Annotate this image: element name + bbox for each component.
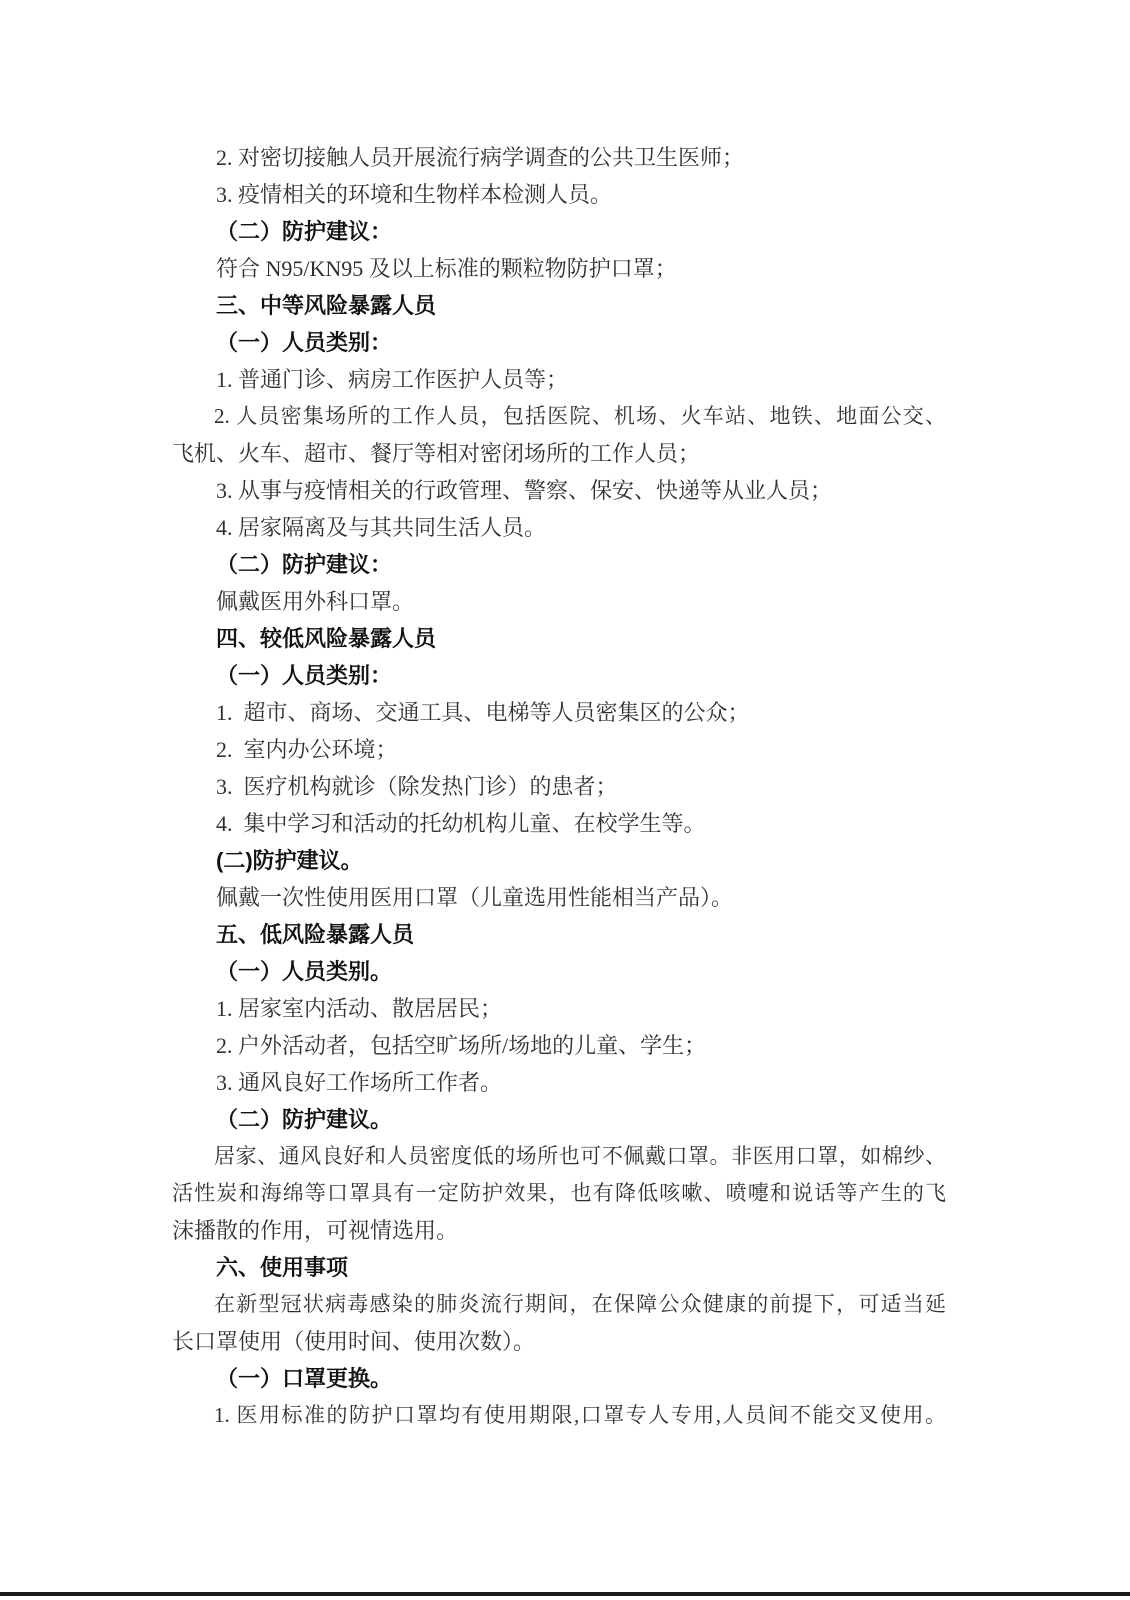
text-block: 2. 对密切接触人员开展流行病学调查的公共卫生医师；3. 疫情相关的环境和生物样… [172,139,946,1434]
text-line: 2. 对密切接触人员开展流行病学调查的公共卫生医师； [172,139,946,176]
heading-line: （一）人员类别： [172,324,946,361]
text-line: 3. 从事与疫情相关的行政管理、警察、保安、快递等从业人员； [172,472,946,509]
heading-line: 五、低风险暴露人员 [172,916,946,953]
text-line: 4. 集中学习和活动的托幼机构儿童、在校学生等。 [172,805,946,842]
heading-line: 四、较低风险暴露人员 [172,620,946,657]
text-line: 沫播散的作用，可视情选用。 [172,1212,946,1249]
text-line: 佩戴医用外科口罩。 [172,583,946,620]
text-line: 2. 人员密集场所的工作人员，包括医院、机场、火车站、地铁、地面公交、 [172,398,946,435]
text-line: 1. 普通门诊、病房工作医护人员等； [172,361,946,398]
heading-line: （一）人员类别： [172,657,946,694]
text-line: 1. 居家室内活动、散居居民； [172,990,946,1027]
page-bottom-edge [0,1592,1130,1596]
text-line: 长口罩使用（使用时间、使用次数）。 [172,1323,946,1360]
text-line: 4. 居家隔离及与其共同生活人员。 [172,509,946,546]
text-line: 3. 通风良好工作场所工作者。 [172,1064,946,1101]
heading-line: （二）防护建议： [172,213,946,250]
heading-line: （二）防护建议。 [172,1101,946,1138]
heading-line: 三、中等风险暴露人员 [172,287,946,324]
text-line: 在新型冠状病毒感染的肺炎流行期间，在保障公众健康的前提下，可适当延 [172,1286,946,1323]
text-line: 居家、通风良好和人员密度低的场所也可不佩戴口罩。非医用口罩，如棉纱、 [172,1138,946,1175]
heading-line: (二)防护建议。 [172,842,946,879]
heading-line: （二）防护建议： [172,546,946,583]
text-line: 3. 疫情相关的环境和生物样本检测人员。 [172,176,946,213]
text-line: 1. 医用标准的防护口罩均有使用期限,口罩专人专用,人员间不能交叉使用。 [172,1397,946,1434]
heading-line: 六、使用事项 [172,1249,946,1286]
heading-line: （一）口罩更换。 [172,1360,946,1397]
text-line: 佩戴一次性使用医用口罩（儿童选用性能相当产品）。 [172,879,946,916]
document-page: 2. 对密切接触人员开展流行病学调查的公共卫生医师；3. 疫情相关的环境和生物样… [0,0,1130,1600]
text-line: 活性炭和海绵等口罩具有一定防护效果，也有降低咳嗽、喷嚏和说话等产生的飞 [172,1175,946,1212]
text-line: 飞机、火车、超市、餐厅等相对密闭场所的工作人员； [172,435,946,472]
text-line: 2. 室内办公环境； [172,731,946,768]
text-line: 3. 医疗机构就诊（除发热门诊）的患者； [172,768,946,805]
text-line: 2. 户外活动者，包括空旷场所/场地的儿童、学生； [172,1027,946,1064]
text-line: 1. 超市、商场、交通工具、电梯等人员密集区的公众； [172,694,946,731]
heading-line: （一）人员类别。 [172,953,946,990]
text-line: 符合 N95/KN95 及以上标准的颗粒物防护口罩； [172,250,946,287]
